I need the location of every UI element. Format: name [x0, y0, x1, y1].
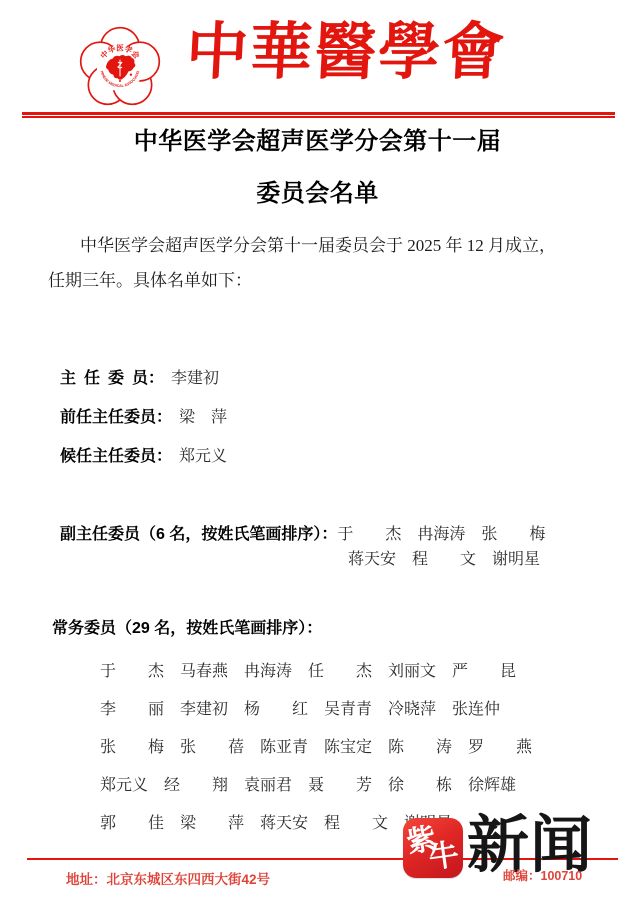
standing-committee-label: 常务委员（29 名，按姓氏笔画排序）： [52, 619, 322, 638]
intro-paragraph-line2: 任期三年。具体名单如下： [48, 272, 252, 291]
chairman-row: 主 任 委 员：李建初 [52, 350, 219, 388]
association-calligraphy-logo: 中華醫學會 [184, 22, 507, 84]
ziniu-app-icon: 紫 牛 [403, 818, 463, 878]
chairman-elect-label: 候任主任委员： [60, 448, 172, 465]
past-chairman-label: 前任主任委员： [60, 409, 172, 426]
vice-chairmen-names-line2: 蒋天安 程 文 谢明星 [348, 546, 540, 569]
ziniu-icon-char-niu: 牛 [427, 840, 461, 874]
chairman-elect-row: 候任主任委员：郑元义 [52, 428, 227, 466]
past-chairman-row: 前任主任委员：梁 萍 [52, 389, 227, 427]
standing-members-row: 张 梅 张 蓓 陈亚青 陈宝定 陈 涛 罗 燕 [100, 738, 532, 757]
footer-address: 地址：北京东城区东四西大街42号 [66, 868, 270, 888]
document-title-line2: 委员会名单 [0, 180, 635, 208]
past-chairman-name: 梁 萍 [179, 409, 227, 426]
standing-members-row: 李 丽 李建初 杨 红 吴青青 冷晓萍 张连仲 [100, 700, 500, 719]
header-divider-rule [22, 112, 615, 118]
vice-chairmen-label: 副主任委员（6 名，按姓氏笔画排序）： [60, 526, 337, 543]
document-title-line1: 中华医学会超声医学分会第十一届 [0, 128, 635, 156]
footer-postal-code: 邮编：100710 [503, 866, 582, 884]
chairman-label: 主 任 委 员： [60, 370, 164, 387]
chairman-elect-name: 郑元义 [179, 448, 227, 465]
vice-chairmen-names-line1: 于 杰 冉海涛 张 梅 [337, 526, 545, 543]
vice-chairmen-row: 副主任委员（6 名，按姓氏笔画排序）：于 杰 冉海涛 张 梅 [52, 506, 545, 544]
medical-association-seal-icon: 中华医学会 CHINESE MEDICAL ASSOCIATION [78, 24, 162, 112]
intro-paragraph-line1: 中华医学会超声医学分会第十一届委员会于 2025 年 12 月成立， [80, 237, 556, 256]
standing-members-row: 郑元义 经 翔 袁丽君 聂 芳 徐 栋 徐辉雄 [100, 776, 516, 795]
chairman-name: 李建初 [171, 370, 219, 387]
standing-members-row: 于 杰 马春燕 冉海涛 任 杰 刘丽文 严 昆 [100, 662, 516, 681]
standing-members-row: 郭 佳 梁 萍 蒋天安 程 文 谢明星 [100, 814, 452, 833]
